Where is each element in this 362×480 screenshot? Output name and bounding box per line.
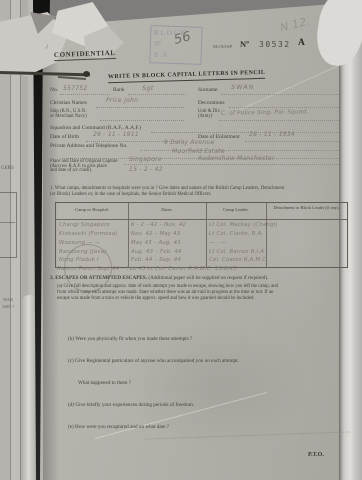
table-row-camp: Kinkaseki (Formosa) <box>59 231 118 237</box>
table-row-dates: Nov. 42 – May 43 <box>131 231 180 237</box>
table-row-leader: — · — <box>209 240 226 246</box>
block-stamp-line3: B.A <box>154 51 168 59</box>
capture-rule <box>124 163 339 165</box>
page-edge-ridge <box>22 295 37 480</box>
table-divider <box>128 203 129 267</box>
unit-field-rule <box>219 119 339 121</box>
rank-label: Rank <box>113 87 125 93</box>
address-value-line1: 9 Daisy Avenue <box>164 139 214 146</box>
address-rule-1 <box>140 149 339 151</box>
item-c-followup: What happened to them ? <box>78 380 131 386</box>
christian-names-value: Price John <box>106 97 138 104</box>
table-header-dates: Dates. <box>130 207 204 212</box>
table-row-leader: Lt Col. Clarke, R.A. <box>209 231 264 237</box>
enlistment-value: 28 - 11 - 1934 <box>249 131 295 138</box>
underpage-fragment: GERS <box>1 166 14 171</box>
squadron-rule <box>151 131 339 133</box>
no-value: 557752 <box>63 85 87 92</box>
section1-question-line2: (or Block) Leaders or, in the case of ho… <box>50 192 212 197</box>
item-a-line1: (a) Give full description and approx. da… <box>57 284 278 289</box>
table-divider <box>206 203 207 267</box>
table-row-dates: Aug. 43 – Feb. 44 <box>131 249 182 255</box>
table-header-camp: Camp or Hospital. <box>58 207 126 212</box>
table-row-leader: Col. Coates R.A.M.C. <box>209 257 268 263</box>
surname-field-rule <box>221 93 339 95</box>
capture-label-line3: and date of a/c crash). <box>50 168 92 173</box>
decorations-rule <box>229 106 339 108</box>
christian-names-rule <box>96 106 184 108</box>
capture-place-value: Singapore <box>129 156 162 163</box>
pto-label: P.T.O. <box>308 452 324 458</box>
table-header-leader: Camp Leader. <box>208 207 264 212</box>
table-row-dates: May 43 – Aug. 43 <box>131 240 181 246</box>
section2-heading-rest: (Additional paper will be supplied on re… <box>147 275 268 281</box>
underpage-fragment: ARE ? <box>2 304 14 309</box>
table-row-dates: Feb. 44 – Sep. 44 <box>131 257 181 263</box>
item-a-line3: escape was made from a train or vehicle … <box>57 296 254 301</box>
dob-label: Date of Birth <box>50 134 79 140</box>
surname-value: SWAN <box>231 83 255 91</box>
no-field-rule <box>60 93 110 95</box>
item-b: (b) Were you physically fit when you mad… <box>68 336 192 342</box>
address-value-line2: Moorfield Estate <box>172 148 225 155</box>
table-row-dates: 6 - 2 - 42 – Nov. 42 <box>131 222 186 228</box>
rank-value: Sgt <box>142 84 154 92</box>
underpage-fragment: WAR <box>3 297 13 302</box>
enlistment-rule <box>245 140 339 142</box>
decorations-label: Decorations <box>198 100 225 106</box>
section2-heading: 2. ESCAPES OR ATTEMPTED ESCAPES. (Additi… <box>50 275 268 281</box>
series-letter: A <box>298 38 305 48</box>
scanned-pow-questionnaire: GERS WAR ARE ? BLOCK Nº B.A 56 ✓ CONFIDE… <box>0 0 362 480</box>
item-e: (e) How were you recaptured and on what … <box>68 424 169 430</box>
table-row-leader: Lt Col. Mackay (Changi) <box>209 222 278 228</box>
dob-value: 26 - 11 - 1911 <box>93 131 139 138</box>
unit-label-line2: (Army) <box>198 114 212 119</box>
form-reference: M.I.9/JAP <box>213 44 232 49</box>
underpage-box-outline <box>0 192 17 258</box>
address-value-line3: Audenshaw Manchester <box>198 155 275 162</box>
table-header-block-leader: Detachment or Block Leader (if any). <box>268 205 345 211</box>
item-a-line2: from which camp each attempt was made. S… <box>57 290 273 295</box>
table-row-leader: Lt Col. Barron R.I.A. <box>209 249 266 255</box>
christian-names-label: Christian Names <box>50 100 87 106</box>
rank-field-rule <box>128 93 186 95</box>
block-stamp-line2: Nº <box>154 40 161 48</box>
serial-number: 30532 <box>259 40 291 49</box>
ship-field-rule <box>100 119 184 121</box>
address-label: Private Address and Telephone No. <box>50 143 128 149</box>
section2-heading-bold: 2. ESCAPES OR ATTEMPTED ESCAPES. <box>50 275 147 281</box>
surname-label: Surname <box>198 87 218 93</box>
no-label: No. <box>50 87 58 93</box>
ship-label-line2: or Merchant Navy) <box>50 114 87 119</box>
section1-question-line1: 1. What camps, detachments or hospitals … <box>50 186 284 191</box>
item-d: (d) Give briefly your experiences during… <box>68 402 194 408</box>
item-c: (c) Give Regimental particulars of anyon… <box>68 358 239 364</box>
serial-no-label: Nº <box>240 39 249 49</box>
table-row-camp: Changi Singapore <box>59 222 110 228</box>
binding-string-end <box>83 71 90 77</box>
table-header-rule <box>56 219 347 220</box>
underpage-box-divider <box>0 222 15 223</box>
capture-date-value: 15 - 2 - 42 <box>129 166 163 173</box>
